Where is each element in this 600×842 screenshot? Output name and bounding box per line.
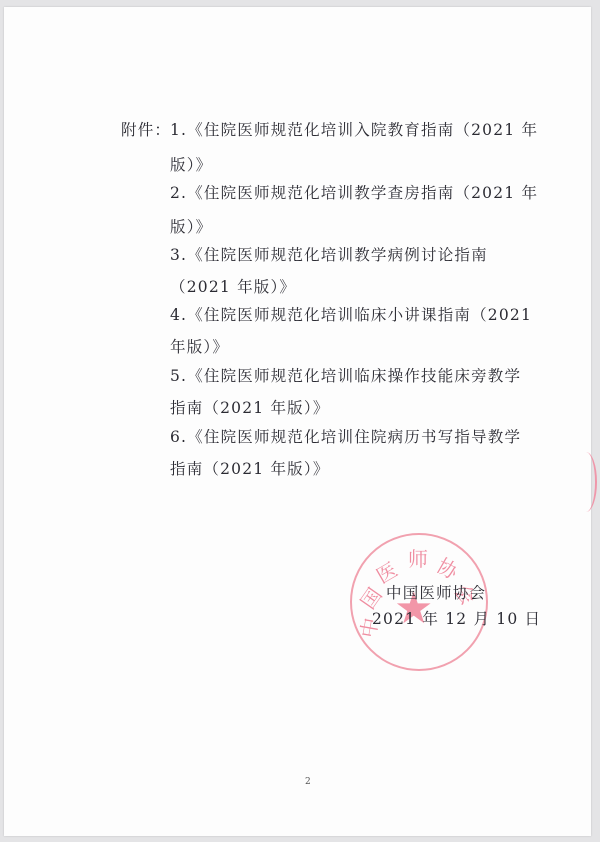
attachment-label: 附件：	[121, 118, 171, 140]
attachment-item-1-line1: 1.《住院医师规范化培训入院教育指南（2021 年	[170, 118, 538, 140]
page-number: 2	[305, 777, 311, 787]
attachment-item-5-line1: 5.《住院医师规范化培训临床操作技能床旁教学	[170, 364, 521, 386]
attachment-item-3-line1: 3.《住院医师规范化培训教学病例讨论指南	[170, 243, 488, 265]
issue-date: 2021 年 12 月 10 日	[372, 607, 541, 629]
attachment-item-4-line1: 4.《住院医师规范化培训临床小讲课指南（2021	[170, 303, 532, 325]
attachment-item-1-line2: 版）》	[170, 153, 212, 175]
attachment-item-6-line2: 指南（2021 年版）》	[170, 457, 330, 479]
seal-char: 师	[408, 543, 428, 572]
attachment-item-4-line2: 年版）》	[170, 335, 229, 357]
attachment-item-2-line1: 2.《住院医师规范化培训教学查房指南（2021 年	[170, 181, 538, 203]
attachment-item-5-line2: 指南（2021 年版）》	[170, 396, 330, 418]
attachment-item-6-line1: 6.《住院医师规范化培训住院病历书写指导教学	[170, 425, 521, 447]
issuing-organization: 中国医师协会	[386, 581, 486, 603]
attachment-item-3-line2: （2021 年版）》	[170, 275, 296, 297]
document-page: 附件： 1.《住院医师规范化培训入院教育指南（2021 年 版）》 2.《住院医…	[4, 7, 591, 836]
seal-char: 协	[432, 550, 464, 585]
seal-edge-mark	[575, 452, 597, 512]
attachment-item-2-line2: 版）》	[170, 215, 212, 237]
